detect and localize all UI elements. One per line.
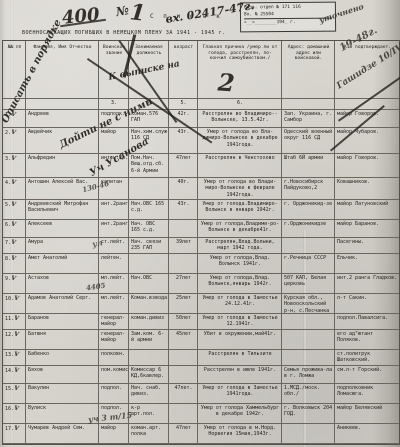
cell-fate: Умер от голода,Влад. Волынск,январь 1942… bbox=[198, 274, 282, 294]
cell-name: Вакулин bbox=[26, 384, 99, 404]
cell-confirms: подполковник Ломасюга. bbox=[335, 384, 399, 404]
check-mark: V bbox=[10, 179, 17, 187]
cell-name: Вулиск bbox=[26, 404, 99, 424]
cell-rank: генерал-майор bbox=[99, 314, 129, 330]
cell-name: Астахов bbox=[26, 274, 99, 294]
cell-confirms: майор Латуновский bbox=[335, 200, 399, 220]
cell-duty: Нач.ОВС 165 с.д. bbox=[129, 200, 169, 220]
cell-address: Семья прожива-ла в г. Ломжа bbox=[282, 366, 335, 384]
cell-rank: инт.2ранг bbox=[99, 200, 129, 220]
cell-confirms: см.л-т Горский. bbox=[335, 366, 399, 384]
cell-age: 40г. bbox=[169, 178, 198, 200]
cell-age bbox=[169, 220, 198, 238]
col-number: 6. bbox=[198, 99, 282, 110]
cell-address: 507 КАП, Белая церковь bbox=[282, 274, 335, 294]
cell-fate: Умер от голода во Влади-миро-Волынске в … bbox=[198, 178, 282, 200]
col-header-duty: Занимаемая должность bbox=[129, 41, 169, 99]
table-header-row: №№ пп Фамилия, Имя Отчество Воинское зва… bbox=[3, 41, 399, 99]
check-mark: V bbox=[13, 331, 20, 339]
cell-name: Амет Анатолий bbox=[26, 254, 99, 274]
cell-name: Алексеев bbox=[26, 220, 99, 238]
cell-address: Курская обл., Новооскольский р-н, с.Песч… bbox=[282, 294, 335, 314]
check-mark: V bbox=[10, 111, 17, 119]
cell-fate: Умер от голода в Замостье 12.1941г. bbox=[198, 314, 282, 330]
col-header-name: Фамилия, Имя Отчество bbox=[26, 41, 99, 99]
table-row: 6.V Алексеев инт.2ранг Нач. ОВС 165 с.д.… bbox=[3, 220, 399, 238]
incoming-stamp: Разв. отдел № 171 116 Вх. № 25504 «__»__… bbox=[240, 2, 336, 33]
document-title-word: С п и с о к bbox=[150, 13, 223, 20]
cell-name: Адамов Анатолий Серг. bbox=[26, 294, 99, 314]
col-number: 3. bbox=[99, 99, 129, 110]
row-number: 9.V bbox=[3, 274, 26, 294]
cell-confirms: Ковашников. bbox=[335, 178, 399, 200]
table-row: 16.V Вулиск подпол. к-р арт.пол. Умер от… bbox=[3, 404, 399, 424]
cell-duty: Нач.ОВС bbox=[129, 274, 169, 294]
cell-confirms: Пасегины. bbox=[335, 238, 399, 254]
cell-name: Андреевский Митрофан Васильевич bbox=[26, 200, 99, 220]
table-row: 11.V Баранов генерал-майор коман.дивиз 5… bbox=[3, 314, 399, 330]
handwritten-note: 1 bbox=[129, 0, 147, 27]
table-row: 12.V Батюня генерал-майор Зам.ком. 6-й а… bbox=[3, 330, 399, 350]
cell-confirms: майор Чубаров. bbox=[335, 128, 399, 154]
table-row: 2.V Авдейчик майор Нач.хим.служ. 116 СД … bbox=[3, 128, 399, 154]
cell-address: г. Орджоникид-зе bbox=[282, 200, 335, 220]
table-row: 14.V Бяхов пом.комис. Комиссар 6 КД,6кав… bbox=[3, 366, 399, 384]
cell-address: Зап. Украина, г. Самбор bbox=[282, 110, 335, 128]
table-row: 7.V Амура ст.лейт. Нач. связи 235 ГАП 39… bbox=[3, 238, 399, 254]
cell-fate: Расстрелян в Ченстохово bbox=[198, 154, 282, 178]
cell-duty: Нач. связи 235 ГАП bbox=[129, 238, 169, 254]
check-mark: V bbox=[10, 129, 17, 137]
row-number: 17.V bbox=[3, 424, 26, 444]
cell-fate: Умер от голода,Влад. Волынск 1941г. bbox=[198, 254, 282, 274]
check-mark: V bbox=[10, 201, 17, 209]
cell-fate: Умер от голода в Замостье 24.12.41г. bbox=[198, 294, 282, 314]
row-number: 8.V bbox=[3, 254, 26, 274]
table-row: 5.V Андреевский Митрофан Васильевич инт.… bbox=[3, 200, 399, 220]
cell-rank: мл.лейт. bbox=[99, 274, 129, 294]
cell-confirms: ст.политрук Шатковский. bbox=[335, 350, 399, 366]
check-mark: V bbox=[13, 351, 20, 359]
cell-fate: Умер от голода,Владими-ро-Волынск в дека… bbox=[198, 220, 282, 238]
cell-address bbox=[282, 238, 335, 254]
row-number: 3.V bbox=[3, 154, 26, 178]
col-number bbox=[3, 99, 26, 110]
cell-duty bbox=[129, 254, 169, 274]
cell-rank: ст.лейт. bbox=[99, 238, 129, 254]
cell-rank: подполк. bbox=[99, 110, 129, 128]
cell-age: 43г. bbox=[169, 200, 198, 220]
cell-address: г.Речница СССР bbox=[282, 254, 335, 274]
cell-age: 43г. bbox=[169, 128, 198, 154]
cell-rank: генерал-майор bbox=[99, 330, 129, 350]
cell-rank: полковн. bbox=[99, 350, 129, 366]
cell-rank: интен.2р. bbox=[99, 154, 129, 178]
cell-duty: Нач. ОВС 165 с.д. bbox=[129, 220, 169, 238]
row-number: 12.V bbox=[3, 330, 26, 350]
cell-age: 25лет bbox=[169, 294, 198, 314]
col-header-fate: Главная причина /умер ли от голода, расс… bbox=[198, 41, 282, 99]
handwritten-note: 400 bbox=[61, 4, 101, 29]
cell-age bbox=[169, 404, 198, 424]
cell-fate: Умер от голода Хаммельбург в декабре 194… bbox=[198, 404, 282, 424]
cell-rank: майор bbox=[99, 128, 129, 154]
cell-rank: подпол. bbox=[99, 384, 129, 404]
cell-address: Штаб 6Й армии bbox=[282, 154, 335, 178]
cell-duty: коман.576 ГАП bbox=[129, 110, 169, 128]
cell-fate: Умер от голода в м.Норд. Норвегия 15мая,… bbox=[198, 424, 282, 444]
cell-address bbox=[282, 314, 335, 330]
cell-name: Баранов bbox=[26, 314, 99, 330]
cell-name: Антошин Алексей Вас. bbox=[26, 178, 99, 200]
cell-name: Авдейчик bbox=[26, 128, 99, 154]
cell-age: 42г. bbox=[169, 110, 198, 128]
check-mark: V bbox=[13, 425, 20, 433]
cell-address bbox=[282, 330, 335, 350]
table-row: 17.V Чумарев Андрей Сем. майор коман.арт… bbox=[3, 424, 399, 444]
check-mark: V bbox=[13, 295, 20, 303]
check-mark: V bbox=[10, 239, 17, 247]
cell-duty: к-р арт.пол. bbox=[129, 404, 169, 424]
row-number: 11.V bbox=[3, 314, 26, 330]
cell-duty: Нач. снаб. дивиз. bbox=[129, 384, 169, 404]
cell-confirms: л-т Сакин. bbox=[335, 294, 399, 314]
cell-address: г.Новосибирск Пайдуково,2 bbox=[282, 178, 335, 200]
cell-name: Бабенко bbox=[26, 350, 99, 366]
cell-rank: инт.2ранг bbox=[99, 220, 129, 238]
cell-confirms: Аникеев. bbox=[335, 424, 399, 444]
cell-confirms: майор Говоров. bbox=[335, 110, 399, 128]
cell-duty: Зам.ком. 6-й армии bbox=[129, 330, 169, 350]
handwritten-note: № bbox=[115, 3, 130, 19]
row-number: 13.V bbox=[3, 350, 26, 366]
col-number bbox=[282, 99, 335, 110]
cell-rank: пом.комис. bbox=[99, 366, 129, 384]
table-row: 10.V Адамов Анатолий Серг. мл.лейт. Кома… bbox=[3, 294, 399, 314]
column-numbering-row: 3. 4. 5. 6. bbox=[3, 99, 399, 110]
cell-age: 45лет bbox=[169, 330, 198, 350]
cell-fate: Расстрелян,Влад.Волыни, март 1942 года. bbox=[198, 238, 282, 254]
cell-age: 47лет bbox=[169, 154, 198, 178]
pen-stroke bbox=[60, 19, 106, 27]
table-row: 3.V Альфредин интен.2р. Пом.Нач. Вещ.отд… bbox=[3, 154, 399, 178]
cell-name: Андреев bbox=[26, 110, 99, 128]
table-row: 15.V Вакулин подпол. Нач. снаб. дивиз. 4… bbox=[3, 384, 399, 404]
col-header-rank: Воинское звание bbox=[99, 41, 129, 99]
col-header-address: Адрес: домашний адрес или войсковой. bbox=[282, 41, 335, 99]
cell-age bbox=[169, 254, 198, 274]
cell-address: 1.МСД./моск. обл./ bbox=[282, 384, 335, 404]
cell-address bbox=[282, 350, 335, 366]
cell-name: Альфредин bbox=[26, 154, 99, 178]
cell-confirms: инт.2 ранга Гладков. bbox=[335, 274, 399, 294]
check-mark: V bbox=[13, 367, 20, 375]
row-number: 16.V bbox=[3, 404, 26, 424]
scanned-document-page: Разв. отдел № 171 116 Вх. № 25504 «__»__… bbox=[0, 0, 400, 447]
col-header-confirms: Кто подтверждает. bbox=[335, 41, 399, 99]
pow-list-table: №№ пп Фамилия, Имя Отчество Воинское зва… bbox=[2, 40, 400, 445]
document-title: ВОЕННОСЛУЖАЩИХ ПОГИБШИХ В НЕМЕЦКОМ ПЛЕНУ… bbox=[22, 30, 352, 36]
cell-name: Чумарев Андрей Сем. bbox=[26, 424, 99, 444]
cell-confirms: майор Белявский bbox=[335, 404, 399, 424]
row-number: 14.V bbox=[3, 366, 26, 384]
table-row: 13.V Бабенко полковн. Расстрелян в Тильз… bbox=[3, 350, 399, 366]
cell-age: 27лет bbox=[169, 274, 198, 294]
check-mark: V bbox=[10, 275, 17, 283]
cell-age: 47лет bbox=[169, 424, 198, 444]
cell-confirms: подпол.Павалсига. bbox=[335, 314, 399, 330]
cell-name: Амура bbox=[26, 238, 99, 254]
cell-confirms: майор Говоров. bbox=[335, 154, 399, 178]
row-number: 6.V bbox=[3, 220, 26, 238]
cell-duty bbox=[129, 178, 169, 200]
check-mark: V bbox=[10, 221, 17, 229]
cell-rank: лейтен. bbox=[99, 254, 129, 274]
cell-duty: коман.арт. полка bbox=[129, 424, 169, 444]
cell-duty: Пом.Нач. Вещ.отд.сб. 6-й Армии bbox=[129, 154, 169, 178]
cell-age bbox=[169, 350, 198, 366]
cell-fate: Расстрелян в Тильзите bbox=[198, 350, 282, 366]
check-mark: V bbox=[13, 385, 20, 393]
cell-name: Бяхов bbox=[26, 366, 99, 384]
cell-confirms: майор Баранов. bbox=[335, 220, 399, 238]
table-row: 8.V Амет Анатолий лейтен. Умер от голода… bbox=[3, 254, 399, 274]
cell-fate: Умер от голода.Владимиро-Волынск в январ… bbox=[198, 200, 282, 220]
col-number bbox=[26, 99, 99, 110]
check-mark: V bbox=[13, 405, 20, 413]
col-header-age: возраст bbox=[169, 41, 198, 99]
cell-address: г.Орджоникидзе bbox=[282, 220, 335, 238]
row-number: 15.V bbox=[3, 384, 26, 404]
table-rows: 1.V Андреев подполк. коман.576 ГАП 42г. … bbox=[3, 110, 399, 444]
table-row: 4.V Антошин Алексей Вас. капитан 40г. Ум… bbox=[3, 178, 399, 200]
check-mark: V bbox=[10, 255, 17, 263]
cell-age: 47лет. bbox=[169, 384, 198, 404]
cell-duty bbox=[129, 350, 169, 366]
table-row: 9.V Астахов мл.лейт. Нач.ОВС 27лет Умер … bbox=[3, 274, 399, 294]
cell-fate: Умер от голода в Замостье 1941года. bbox=[198, 384, 282, 404]
cell-address: Одесский военный округ 116 СД bbox=[282, 128, 335, 154]
col-header-num: №№ пп bbox=[3, 41, 26, 99]
col-number bbox=[335, 99, 399, 110]
row-number: 1.V bbox=[3, 110, 26, 128]
stamp-line: «__»________194_ г. bbox=[244, 19, 332, 27]
cell-confirms: Ельчик. bbox=[335, 254, 399, 274]
row-number: 2.V bbox=[3, 128, 26, 154]
cell-duty: Комиссар 6 КД,6кавлер. bbox=[129, 366, 169, 384]
row-number: 4.V bbox=[3, 178, 26, 200]
row-number: 7.V bbox=[3, 238, 26, 254]
cell-age bbox=[169, 366, 198, 384]
cell-address: г. Волковыск 204 ГОД. bbox=[282, 404, 335, 424]
row-number: 5.V bbox=[3, 200, 26, 220]
col-number: 4. bbox=[129, 99, 169, 110]
cell-duty: коман.дивиз bbox=[129, 314, 169, 330]
cell-age: 39лет bbox=[169, 238, 198, 254]
col-number: 5. bbox=[169, 99, 198, 110]
cell-rank: майор bbox=[99, 424, 129, 444]
check-mark: V bbox=[10, 155, 17, 163]
cell-fate: Расстрелян в июле 1941г. bbox=[198, 366, 282, 384]
row-number: 10.V bbox=[3, 294, 26, 314]
cell-address bbox=[282, 424, 335, 444]
cell-fate: Умер от голода во Вла-димиро-Волынске в … bbox=[198, 128, 282, 154]
cell-rank: мл.лейт. bbox=[99, 294, 129, 314]
check-mark: V bbox=[13, 315, 20, 323]
cell-confirms: его ад"ютант Поляков. bbox=[335, 330, 399, 350]
cell-name: Батюня bbox=[26, 330, 99, 350]
cell-fate: Убит в окружении,май41г. bbox=[198, 330, 282, 350]
cell-duty: Коман.взвода bbox=[129, 294, 169, 314]
cell-fate: Расстрелян во Владимиро--Волынске, 13.5.… bbox=[198, 110, 282, 128]
table-row: 1.V Андреев подполк. коман.576 ГАП 42г. … bbox=[3, 110, 399, 128]
cell-age: 50лет bbox=[169, 314, 198, 330]
cell-rank: подпол. bbox=[99, 404, 129, 424]
cell-rank: капитан bbox=[99, 178, 129, 200]
cell-duty: Нач.хим.служ. 116 СД bbox=[129, 128, 169, 154]
